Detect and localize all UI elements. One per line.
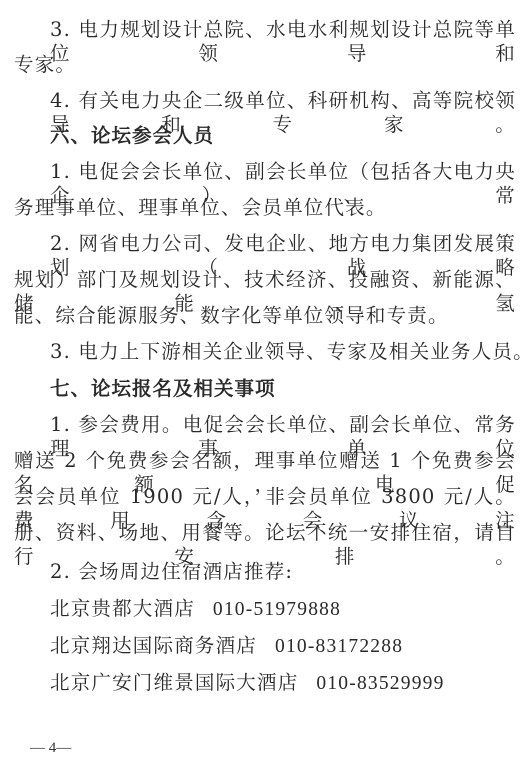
hotel-name: 北京贵都大酒店 — [50, 597, 195, 620]
paragraph-line: 专家。 — [14, 53, 516, 77]
hotel-phone: 010-51979888 — [213, 599, 341, 620]
hotel-phone: 010-83529999 — [316, 673, 444, 694]
hotel-phone: 010-83172288 — [275, 636, 403, 657]
section-heading: 七、论坛报名及相关事项 — [50, 377, 516, 401]
paragraph-line: 3. 电力上下游相关企业领导、专家及相关业务人员。 — [50, 340, 516, 364]
section-heading: 六、论坛参会人员 — [50, 124, 516, 148]
paragraph-line: 2. 会场周边住宿酒店推荐: — [50, 560, 516, 584]
hotel-entry: 北京贵都大酒店010-51979888 — [50, 597, 516, 622]
hotel-entry: 北京广安门维景国际大酒店010-83529999 — [50, 671, 516, 696]
hotel-name: 北京广安门维景国际大酒店 — [50, 671, 298, 694]
paragraph-line: 能、综合能源服务、数字化等单位领导和专责。 — [14, 304, 516, 328]
hotel-entry: 北京翔达国际商务酒店010-83172288 — [50, 634, 516, 659]
hotel-name: 北京翔达国际商务酒店 — [50, 634, 257, 657]
paragraph-line: 务理事单位、理事单位、会员单位代表。 — [14, 196, 516, 220]
page-number: — 4— — [30, 740, 71, 757]
